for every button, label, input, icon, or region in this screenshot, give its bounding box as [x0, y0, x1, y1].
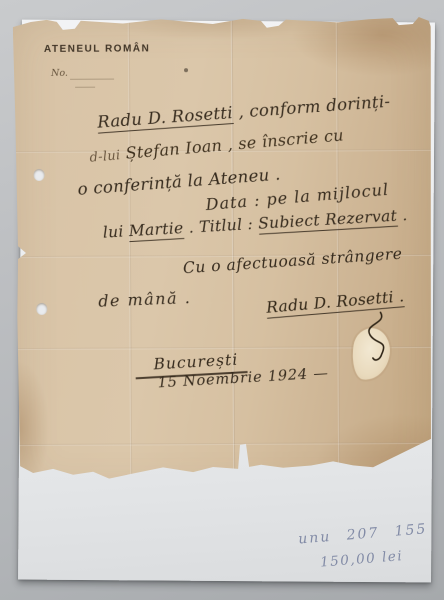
handwritten-line-1: Radu D. Rosetti , conform dorinți-: [97, 92, 391, 132]
line-1-rest: , conform dorinți-: [232, 92, 391, 122]
line-5-mid: . Titlul :: [183, 215, 259, 237]
underlined-subject: Subiect Rezervat: [258, 207, 398, 235]
punch-hole: [36, 303, 47, 315]
signature-flourish: [342, 309, 396, 369]
underlined-name: Radu D. Rosetti: [97, 103, 234, 134]
handwritten-line-6: Cu o afectuoasă strângere: [182, 245, 402, 278]
number-blank-line: [75, 87, 95, 88]
city-line: București: [153, 351, 239, 374]
letterhead-organization: ATENEUL ROMÂN: [44, 43, 150, 55]
line-2-prefix: d-lui: [89, 148, 121, 166]
pencil-note-dimensions: unu 207 155: [298, 521, 428, 547]
handwritten-line-5: lui Martie . Titlul : Subiect Rezervat .: [102, 206, 408, 242]
underlined-month: Martie: [128, 219, 184, 242]
photo-background: unu 207 155 150,00 lei ATENEUL ROMÂN No.…: [0, 0, 444, 600]
ink-speck: [184, 68, 188, 72]
line-5-end: .: [397, 206, 408, 225]
handwritten-line-7: de mână .: [98, 288, 192, 311]
letter-paper: ATENEUL ROMÂN No. Radu D. Rosetti , conf…: [13, 15, 435, 495]
fold-crease: [15, 442, 435, 446]
punch-hole: [34, 169, 45, 181]
number-blank-line: [70, 79, 114, 80]
letterhead-number-label: No.: [51, 68, 68, 79]
pencil-note-price: 150,00 lei: [320, 548, 404, 571]
line-5-pre: lui: [102, 222, 129, 241]
